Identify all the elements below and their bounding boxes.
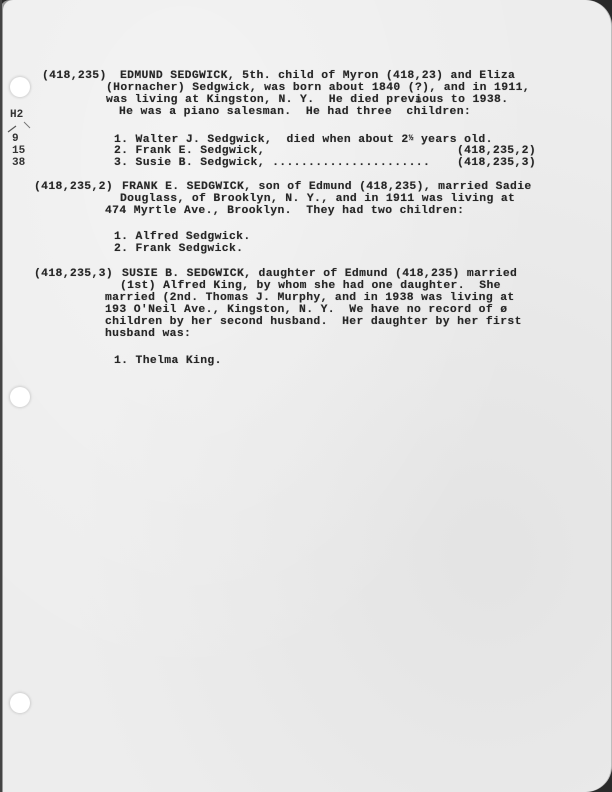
entry-1-child-2-ref: (418,235,2) <box>457 145 536 157</box>
entry-1-child-2: 2. Frank E. Sedgwick, <box>114 145 265 157</box>
document-page: H2 9 15 38 (418,235) EDMUND SEDGWICK, 5t… <box>0 0 612 792</box>
entry-3-line-1: SUSIE B. SEDGWICK, daughter of Edmund (4… <box>122 268 517 280</box>
entry-1-line-3: was living at Kingston, N. Y. He died pr… <box>106 94 508 106</box>
entry-3-line-3: married (2nd. Thomas J. Murphy, and in 1… <box>105 292 515 304</box>
entry-1-line-3-before: was living at Kingston, N. Y. He died pr… <box>106 94 415 106</box>
entry-2-line-3: 474 Myrtle Ave., Brooklyn. They had two … <box>105 205 464 217</box>
entry-1-line-1: EDMUND SEDGWICK, 5th. child of Myron (41… <box>120 70 515 82</box>
entry-1-line-4: He was a piano salesman. He had three ch… <box>119 106 471 118</box>
entry-1-line-3-after: ous to 1938. <box>422 94 508 106</box>
entry-2-child-1: 1. Alfred Sedgwick. <box>114 231 251 243</box>
margin-note-child-1: 9 <box>12 133 19 145</box>
entry-3-id: (418,235,3) <box>34 268 113 280</box>
entry-3-line-2: (1st) Alfred King, by whom she had one d… <box>120 280 501 292</box>
margin-note-child-3: 38 <box>12 157 25 169</box>
overstruck-character: i <box>415 94 422 106</box>
entry-1-line-2: (Hornacher) Sedgwick, was born about 184… <box>106 82 530 94</box>
entry-2-id: (418,235,2) <box>34 181 113 193</box>
entry-1-id: (418,235) <box>42 70 107 82</box>
entry-3-line-4: 193 O'Neil Ave., Kingston, N. Y. We have… <box>105 304 507 316</box>
entry-3-line-6: husband was: <box>105 328 191 340</box>
entry-3-child-1: 1. Thelma King. <box>114 355 222 367</box>
page-left-edge <box>0 0 2 792</box>
margin-note-child-2: 15 <box>12 145 25 157</box>
entry-3-line-4-text: 193 O'Neil Ave., Kingston, N. Y. We have… <box>105 304 500 316</box>
struck-character: ø <box>500 304 507 316</box>
punch-hole-bottom <box>10 693 30 713</box>
entry-1-child-3: 3. Susie B. Sedgwick, ..................… <box>114 157 430 169</box>
entry-2-line-1: FRANK E. SEDGWICK, son of Edmund (418,23… <box>122 181 532 193</box>
entry-3-line-5: children by her second husband. Her daug… <box>105 316 522 328</box>
entry-2-child-2: 2. Frank Sedgwick. <box>114 243 243 255</box>
punch-hole-middle <box>10 387 30 407</box>
punch-hole-top <box>10 77 30 97</box>
entry-1-child-3-ref: (418,235,3) <box>457 157 536 169</box>
entry-2-line-2: Douglass, of Brooklyn, N. Y., and in 191… <box>120 193 515 205</box>
checkmark-icon <box>6 120 34 134</box>
